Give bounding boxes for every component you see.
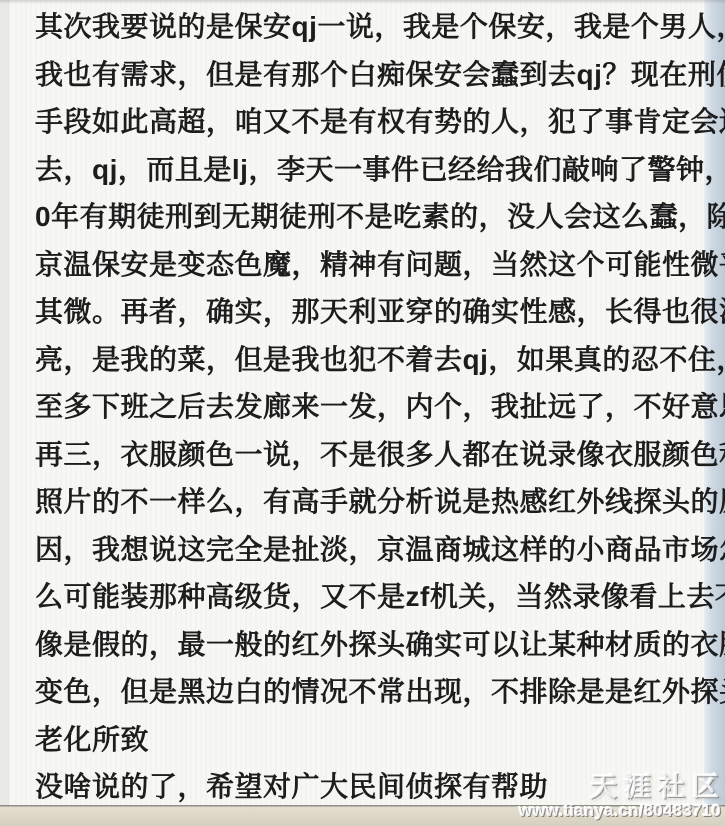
text-line: 其微。再者，确实，那天利亚穿的确实性感，长得也很漂 [35, 288, 707, 336]
text-line: 么可能装那种高级货，又不是zf机关，当然录像看上去不 [35, 573, 707, 621]
text-line: 去，qj，而且是lj，李天一事件已经给我们敲响了警钟，1 [35, 146, 707, 194]
text-line: 因，我想说这完全是扯淡，京温商城这样的小商品市场怎 [35, 526, 707, 574]
text-line: 照片的不一样么，有高手就分析说是热感红外线探头的原 [35, 478, 707, 526]
forum-post-text: 其次我要说的是保安qj一说，我是个保安，我是个男人， 我也有需求，但是有那个白痴… [35, 3, 707, 811]
text-line: 亮，是我的菜，但是我也犯不着去qj，如果真的忍不住， [35, 336, 707, 384]
left-margin-strip [0, 0, 11, 806]
text-line: 我也有需求，但是有那个白痴保安会蠢到去qj？现在刑侦 [35, 51, 707, 99]
text-line: 老化所致 [35, 716, 707, 764]
text-line: 再三，衣服颜色一说，不是很多人都在说录像衣服颜色和 [35, 431, 707, 479]
text-line: 其次我要说的是保安qj一说，我是个保安，我是个男人， [35, 3, 707, 51]
top-window-edge [0, 0, 725, 4]
text-line: 京温保安是变态色魔，精神有问题，当然这个可能性微乎 [35, 241, 707, 289]
text-line: 变色，但是黑边白的情况不常出现，不排除是是红外探头 [35, 668, 707, 716]
text-line: 0年有期徒刑到无期徒刑不是吃素的，没人会这么蠢，除非 [35, 193, 707, 241]
text-line: 至多下班之后去发廊来一发，内个，我扯远了，不好意思 [35, 383, 707, 431]
screenshot-root: 其次我要说的是保安qj一说，我是个保安，我是个男人， 我也有需求，但是有那个白痴… [0, 0, 725, 826]
text-line: 像是假的，最一般的红外探头确实可以让某种材质的衣服 [35, 621, 707, 669]
text-line: 手段如此高超，咱又不是有权有势的人，犯了事肯定会进 [35, 98, 707, 146]
text-line: 没啥说的了，希望对广大民间侦探有帮助 [35, 763, 707, 811]
